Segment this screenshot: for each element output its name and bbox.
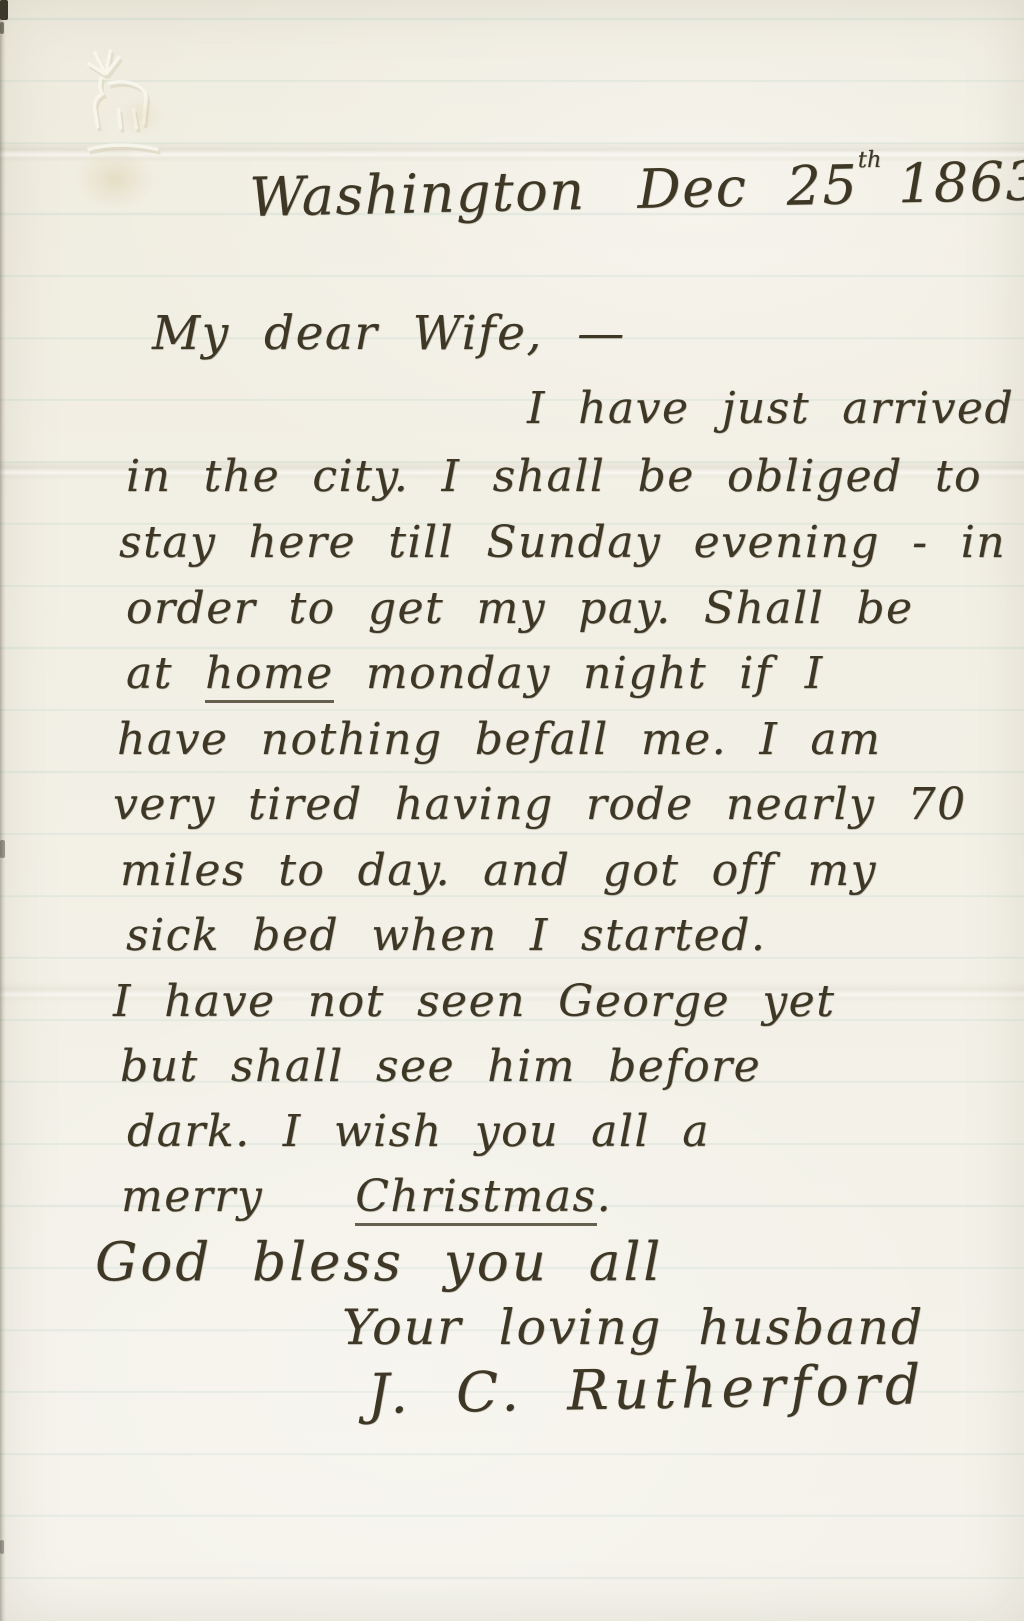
body-line: in the city. I shall be obliged to <box>126 451 982 502</box>
paper-edge <box>0 0 6 1621</box>
place-text: Washington <box>249 159 586 229</box>
body-line: I have not seen George yet <box>113 976 835 1027</box>
scan-speck <box>0 1540 4 1554</box>
scan-speck <box>0 0 8 20</box>
salutation: My dear Wife, — <box>152 306 626 361</box>
body-line: miles to day. and got off my <box>120 845 877 896</box>
underlined-word: home <box>205 648 334 703</box>
body-line: sick bed when I started. <box>126 910 766 961</box>
body-line: order to get my pay. Shall be <box>126 583 914 634</box>
paper-stain <box>118 96 164 136</box>
body-line: at home monday night if I <box>126 648 824 699</box>
underlined-word: Christmas <box>355 1171 596 1226</box>
body-line: but shall see him before <box>120 1041 761 1092</box>
paper-stain <box>76 148 154 210</box>
scan-speck <box>0 22 4 34</box>
date-suffix-text: th <box>857 147 881 173</box>
letter-scan: WashingtonDec 25th1863 My dear Wife, — I… <box>0 0 1024 1621</box>
signature: J. C. Rutherford <box>367 1352 926 1426</box>
year-text: 1863 <box>897 149 1024 215</box>
dateline: WashingtonDec 25th1863 <box>249 143 1024 229</box>
body-line: stay here till Sunday evening - in <box>119 517 1006 568</box>
valediction: Your loving husband <box>342 1299 924 1356</box>
body-line: have nothing befall me. I am <box>117 714 881 765</box>
body-line: merryChristmas. <box>121 1171 612 1222</box>
closing-line: God bless you all <box>95 1232 663 1293</box>
body-line: very tired having rode nearly 70 <box>113 779 967 830</box>
body-line: dark. I wish you all a <box>127 1106 710 1157</box>
date-text: Dec 25 <box>637 153 859 221</box>
scan-speck <box>0 840 5 858</box>
body-line: I have just arrived <box>527 383 1014 434</box>
